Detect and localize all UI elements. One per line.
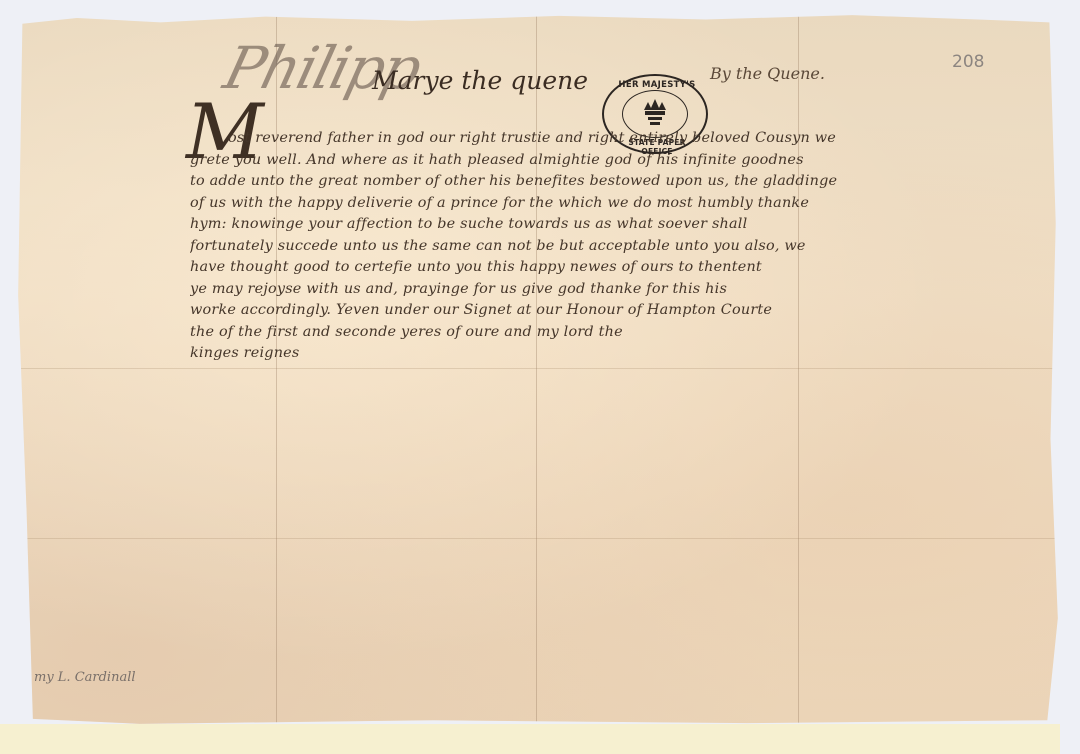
manuscript-page — [14, 8, 1062, 726]
letter-line: to adde unto the great nomber of other h… — [190, 171, 1030, 193]
letter-line: of us with the happy deliverie of a prin… — [190, 193, 1030, 215]
folio-number: 208 — [952, 52, 984, 72]
fold-line — [276, 8, 277, 726]
by-the-queen-heading: By the Quene. — [710, 64, 825, 83]
backing-sheet — [0, 724, 1060, 754]
fold-line — [14, 538, 1062, 539]
letter-line: the of the first and seconde yeres of ou… — [190, 322, 1030, 344]
letter-line: have thought good to certefie unto you t… — [190, 257, 1030, 279]
queen-signature: Marye the quene — [372, 66, 588, 95]
stamp-top-text: HER MAJESTY'S — [618, 80, 696, 90]
letter-line: grete you well. And where as it hath ple… — [190, 150, 1030, 172]
letter-line: ost reverend father in god our right tru… — [190, 128, 1030, 150]
margin-annotation: my L. Cardinall — [34, 670, 136, 685]
letter-line: hym: knowinge your affection to be suche… — [190, 214, 1030, 236]
letter-body: ost reverend father in god our right tru… — [190, 128, 1030, 365]
crown-icon — [640, 96, 670, 128]
fold-line — [536, 8, 537, 726]
letter-line: worke accordingly. Yeven under our Signe… — [190, 300, 1030, 322]
letter-line: kinges reignes — [190, 343, 1030, 365]
fold-line — [14, 368, 1062, 369]
fold-line — [798, 8, 799, 726]
letter-line: ye may rejoyse with us and, prayinge for… — [190, 279, 1030, 301]
letter-line: fortunately succede unto us the same can… — [190, 236, 1030, 258]
